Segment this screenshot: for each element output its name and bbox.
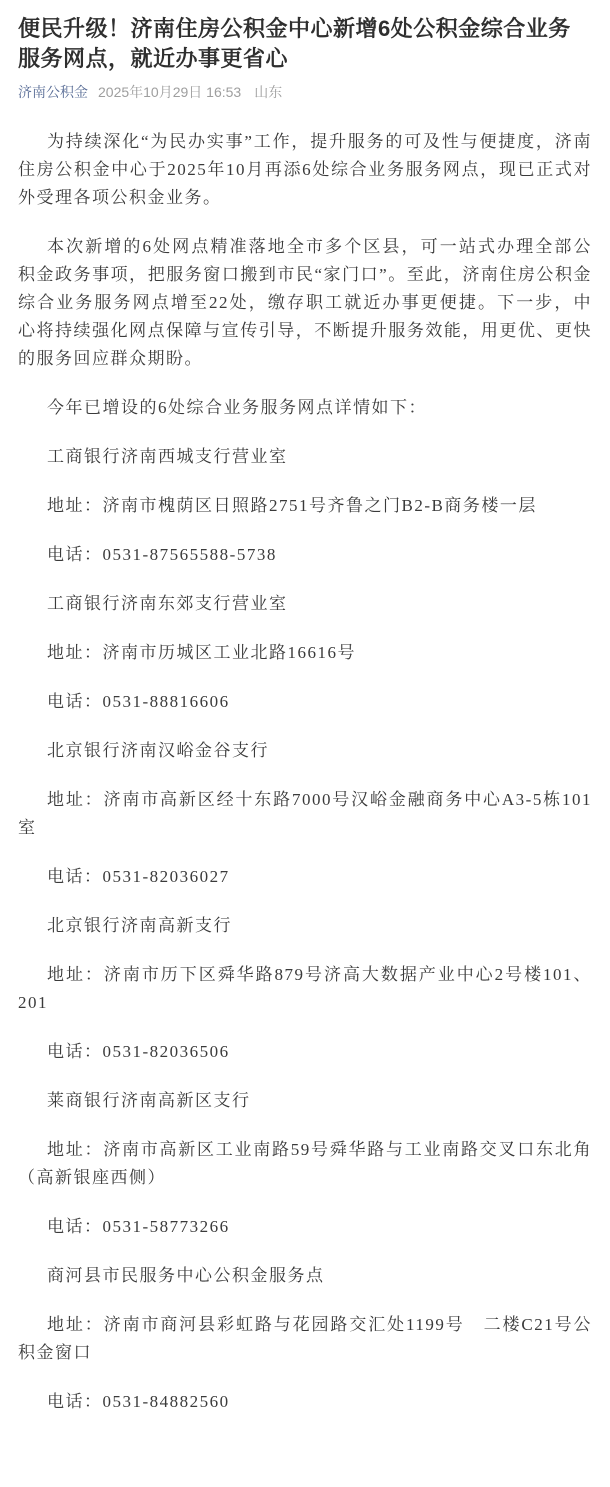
paragraph-overview: 本次新增的6处网点精准落地全市多个区县，可一站式办理全部公积金政务事项，把服务窗… <box>18 233 592 373</box>
phone-value: 0531-82036506 <box>103 1042 230 1061</box>
location-address: 地址：济南市历城区工业北路16616号 <box>18 639 592 667</box>
location-phone: 电话：0531-58773266 <box>18 1213 592 1241</box>
paragraph-list-intro: 今年已增设的6处综合业务服务网点详情如下： <box>18 394 592 422</box>
phone-label: 电话： <box>47 867 103 886</box>
phone-value: 0531-84882560 <box>103 1392 230 1411</box>
location-phone: 电话：0531-82036027 <box>18 863 592 891</box>
location-address: 地址：济南市槐荫区日照路2751号齐鲁之门B2-B商务楼一层 <box>18 492 592 520</box>
article-title: 便民升级！济南住房公积金中心新增6处公积金综合业务服务网点，就近办事更省心 <box>18 14 592 74</box>
location-name: 北京银行济南高新支行 <box>18 912 592 940</box>
phone-label: 电话： <box>47 545 103 564</box>
phone-label: 电话： <box>47 1217 103 1236</box>
address-label: 地址： <box>47 790 104 809</box>
location-address: 地址：济南市高新区工业南路59号舜华路与工业南路交叉口东北角（高新银座西侧） <box>18 1136 592 1192</box>
location-address: 地址：济南市高新区经十东路7000号汉峪金融商务中心A3-5栋101室 <box>18 786 592 842</box>
address-label: 地址： <box>47 1140 103 1159</box>
address-label: 地址： <box>47 1315 104 1334</box>
phone-value: 0531-58773266 <box>103 1217 230 1236</box>
location-name: 工商银行济南东郊支行营业室 <box>18 590 592 618</box>
phone-value: 0531-88816606 <box>103 692 230 711</box>
location-name: 莱商银行济南高新区支行 <box>18 1087 592 1115</box>
article-page: 便民升级！济南住房公积金中心新增6处公积金综合业务服务网点，就近办事更省心 济南… <box>0 0 610 1487</box>
address-value: 济南市槐荫区日照路2751号齐鲁之门B2-B商务楼一层 <box>103 496 537 515</box>
article-body: 为持续深化“为民办实事”工作，提升服务的可及性与便捷度，济南住房公积金中心于20… <box>18 128 592 1416</box>
location-phone: 电话：0531-88816606 <box>18 688 592 716</box>
publish-region: 山东 <box>254 84 282 100</box>
address-value: 济南市高新区经十东路7000号汉峪金融商务中心A3-5栋101室 <box>18 790 592 837</box>
address-value: 济南市历城区工业北路16616号 <box>103 643 357 662</box>
article-meta: 济南公积金2025年10月29日 16:53山东 <box>18 82 592 102</box>
location-phone: 电话：0531-87565588-5738 <box>18 541 592 569</box>
phone-label: 电话： <box>47 1042 103 1061</box>
phone-label: 电话： <box>47 692 103 711</box>
address-label: 地址： <box>47 965 104 984</box>
paragraph-intro: 为持续深化“为民办实事”工作，提升服务的可及性与便捷度，济南住房公积金中心于20… <box>18 128 592 212</box>
phone-value: 0531-82036027 <box>103 867 230 886</box>
address-value: 济南市商河县彩虹路与花园路交汇处1199号 二楼C21号公积金窗口 <box>18 1315 592 1362</box>
address-value: 济南市历下区舜华路879号济高大数据产业中心2号楼101、201 <box>18 965 592 1012</box>
address-label: 地址： <box>47 496 103 515</box>
location-address: 地址：济南市历下区舜华路879号济高大数据产业中心2号楼101、201 <box>18 961 592 1017</box>
location-phone: 电话：0531-84882560 <box>18 1388 592 1416</box>
publish-date: 2025年10月29日 16:53 <box>98 84 241 100</box>
location-name: 商河县市民服务中心公积金服务点 <box>18 1262 592 1290</box>
address-value: 济南市高新区工业南路59号舜华路与工业南路交叉口东北角（高新银座西侧） <box>18 1140 592 1187</box>
location-address: 地址：济南市商河县彩虹路与花园路交汇处1199号 二楼C21号公积金窗口 <box>18 1311 592 1367</box>
account-name-link[interactable]: 济南公积金 <box>18 84 88 100</box>
location-name: 工商银行济南西城支行营业室 <box>18 443 592 471</box>
location-phone: 电话：0531-82036506 <box>18 1038 592 1066</box>
phone-value: 0531-87565588-5738 <box>103 545 277 564</box>
address-label: 地址： <box>47 643 103 662</box>
location-name: 北京银行济南汉峪金谷支行 <box>18 737 592 765</box>
phone-label: 电话： <box>47 1392 103 1411</box>
